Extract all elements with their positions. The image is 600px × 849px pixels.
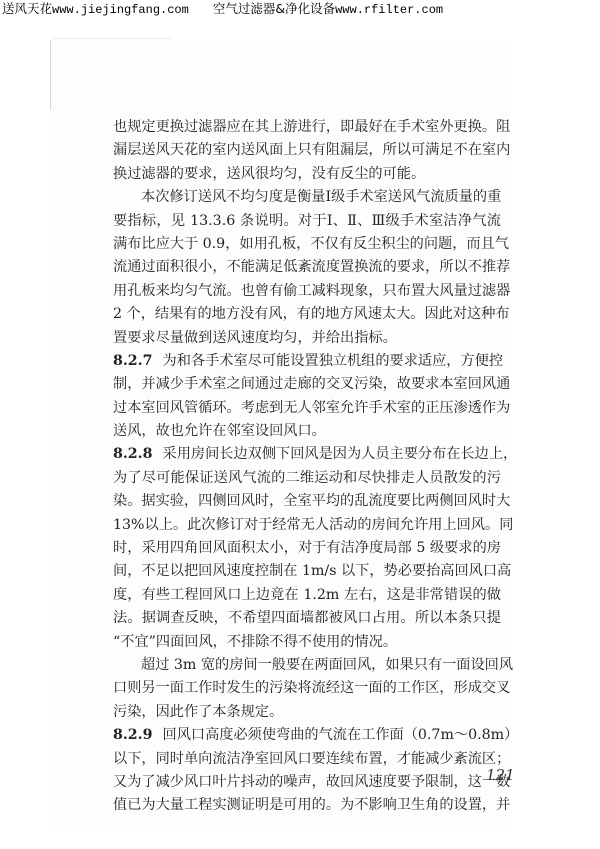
site1-name: 送风天花: [2, 1, 52, 16]
body-text: 也规定更换过滤器应在其上游进行，即最好在手术室外更换。阻 漏层送风天花的室内送风…: [113, 116, 501, 818]
text-line: 满布比应大于 0.9，如用孔板，不仅有反尘积尘的问题，而且气: [113, 233, 501, 256]
text-line: 13%以上。此次修订对于经常无人活动的房间允许用上回风。同: [113, 514, 501, 537]
text-line: 漏层送风天花的室内送风面上只有阻漏层，所以可满足不在室内: [113, 139, 501, 162]
text-line: 以下，同时单向流洁净室回风口要连续布置，才能减少紊流区；: [113, 748, 501, 771]
text-line: 过本室回风管循环。考虑到无人邻室允许手术室的正压渗透作为: [113, 397, 501, 420]
text-line: 送风，故也允许在邻室设回风口。: [113, 420, 501, 443]
text-line: 度，有些工程回风口上边竟在 1.2m 左右，这是非常错误的做: [113, 584, 501, 607]
section-number: 8.2.8: [113, 446, 153, 462]
text-line: 用孔板来均匀气流。也曾有偷工减料现象，只布置大风量过滤器: [113, 280, 501, 303]
text-line: 置要求尽量做到送风速度均匀，并给出指标。: [113, 327, 501, 350]
text-line: 2 个，结果有的地方没有风，有的地方风速太大。因此对这种布: [113, 303, 501, 326]
section-number: 8.2.7: [113, 353, 153, 369]
text-line: 污染，因此作了本条规定。: [113, 701, 501, 724]
text-line: 要指标，见 13.3.6 条说明。对于Ⅰ、Ⅱ、Ⅲ级手术室洁净气流: [113, 210, 501, 233]
text-line: 采用房间长边双侧下回风是因为人员主要分布在长边上，: [163, 446, 518, 462]
section-8-2-7-line: 8.2.7为和各手术室尽可能设置独立机组的要求适应，方便控: [113, 350, 501, 373]
text-line: 为了尽可能保证送风气流的二维运动和尽快排走人员散发的污: [113, 467, 501, 490]
text-line: 也规定更换过滤器应在其上游进行，即最好在手术室外更换。阻: [113, 116, 501, 139]
text-line: 本次修订送风不均匀度是衡量Ⅰ级手术室送风气流质量的重: [113, 186, 501, 209]
site1-url[interactable]: www.jiejingfang.com: [52, 3, 189, 17]
text-line: 又为了减少风口叶片抖动的噪声，故回风速度要予限制，这一数: [113, 771, 501, 794]
text-line: 为和各手术室尽可能设置独立机组的要求适应，方便控: [163, 353, 504, 369]
text-line: “不宜”四面回风，不排除不得不使用的情况。: [113, 631, 501, 654]
section-number: 8.2.9: [113, 727, 153, 743]
text-line: 制，并减少手术室之间通过走廊的交叉污染，故要求本室回风通: [113, 373, 501, 396]
text-line: 超过 3m 宽的房间一般要在两面回风，如果只有一面设回风: [113, 654, 501, 677]
text-line: 口则另一面工作时发生的污染将流经这一面的工作区，形成交叉: [113, 677, 501, 700]
section-8-2-9-line: 8.2.9回风口高度必须使弯曲的气流在工作面（0.7m～0.8m）: [113, 724, 501, 747]
text-line: 法。据调查反映，不希望四面墙都被风口占用。所以本条只提: [113, 607, 501, 630]
text-line: 时，采用四角回风面积太小，对于有洁净度局部 5 级要求的房: [113, 537, 501, 560]
text-line: 流通过面积很小，不能满足低紊流度置换流的要求，所以不推荐: [113, 256, 501, 279]
site2-url[interactable]: www.rfilter.com: [335, 3, 443, 17]
text-line: 间，不足以把回风速度控制在 1m/s 以下，势必要抬高回风口高: [113, 560, 501, 583]
page-edge-left: [50, 40, 51, 110]
page-number: 121: [486, 766, 515, 784]
watermark-header: 送风天花www.jiejingfang.com空气过滤器&净化设备www.rfi…: [2, 0, 443, 18]
text-line: 染。据实验，四侧回风时，全室平均的乱流度要比两侧回风时大: [113, 490, 501, 513]
page-edge-top: [52, 38, 172, 39]
site2-name: 空气过滤器&净化设备: [213, 1, 335, 16]
section-8-2-8-line: 8.2.8采用房间长边双侧下回风是因为人员主要分布在长边上，: [113, 443, 501, 466]
text-line: 换过滤器的要求，送风很均匀，没有反尘的可能。: [113, 163, 501, 186]
text-line: 回风口高度必须使弯曲的气流在工作面（0.7m～0.8m）: [163, 727, 519, 743]
text-line: 值已为大量工程实测证明是可用的。为不影响卫生角的设置，并: [113, 794, 501, 817]
